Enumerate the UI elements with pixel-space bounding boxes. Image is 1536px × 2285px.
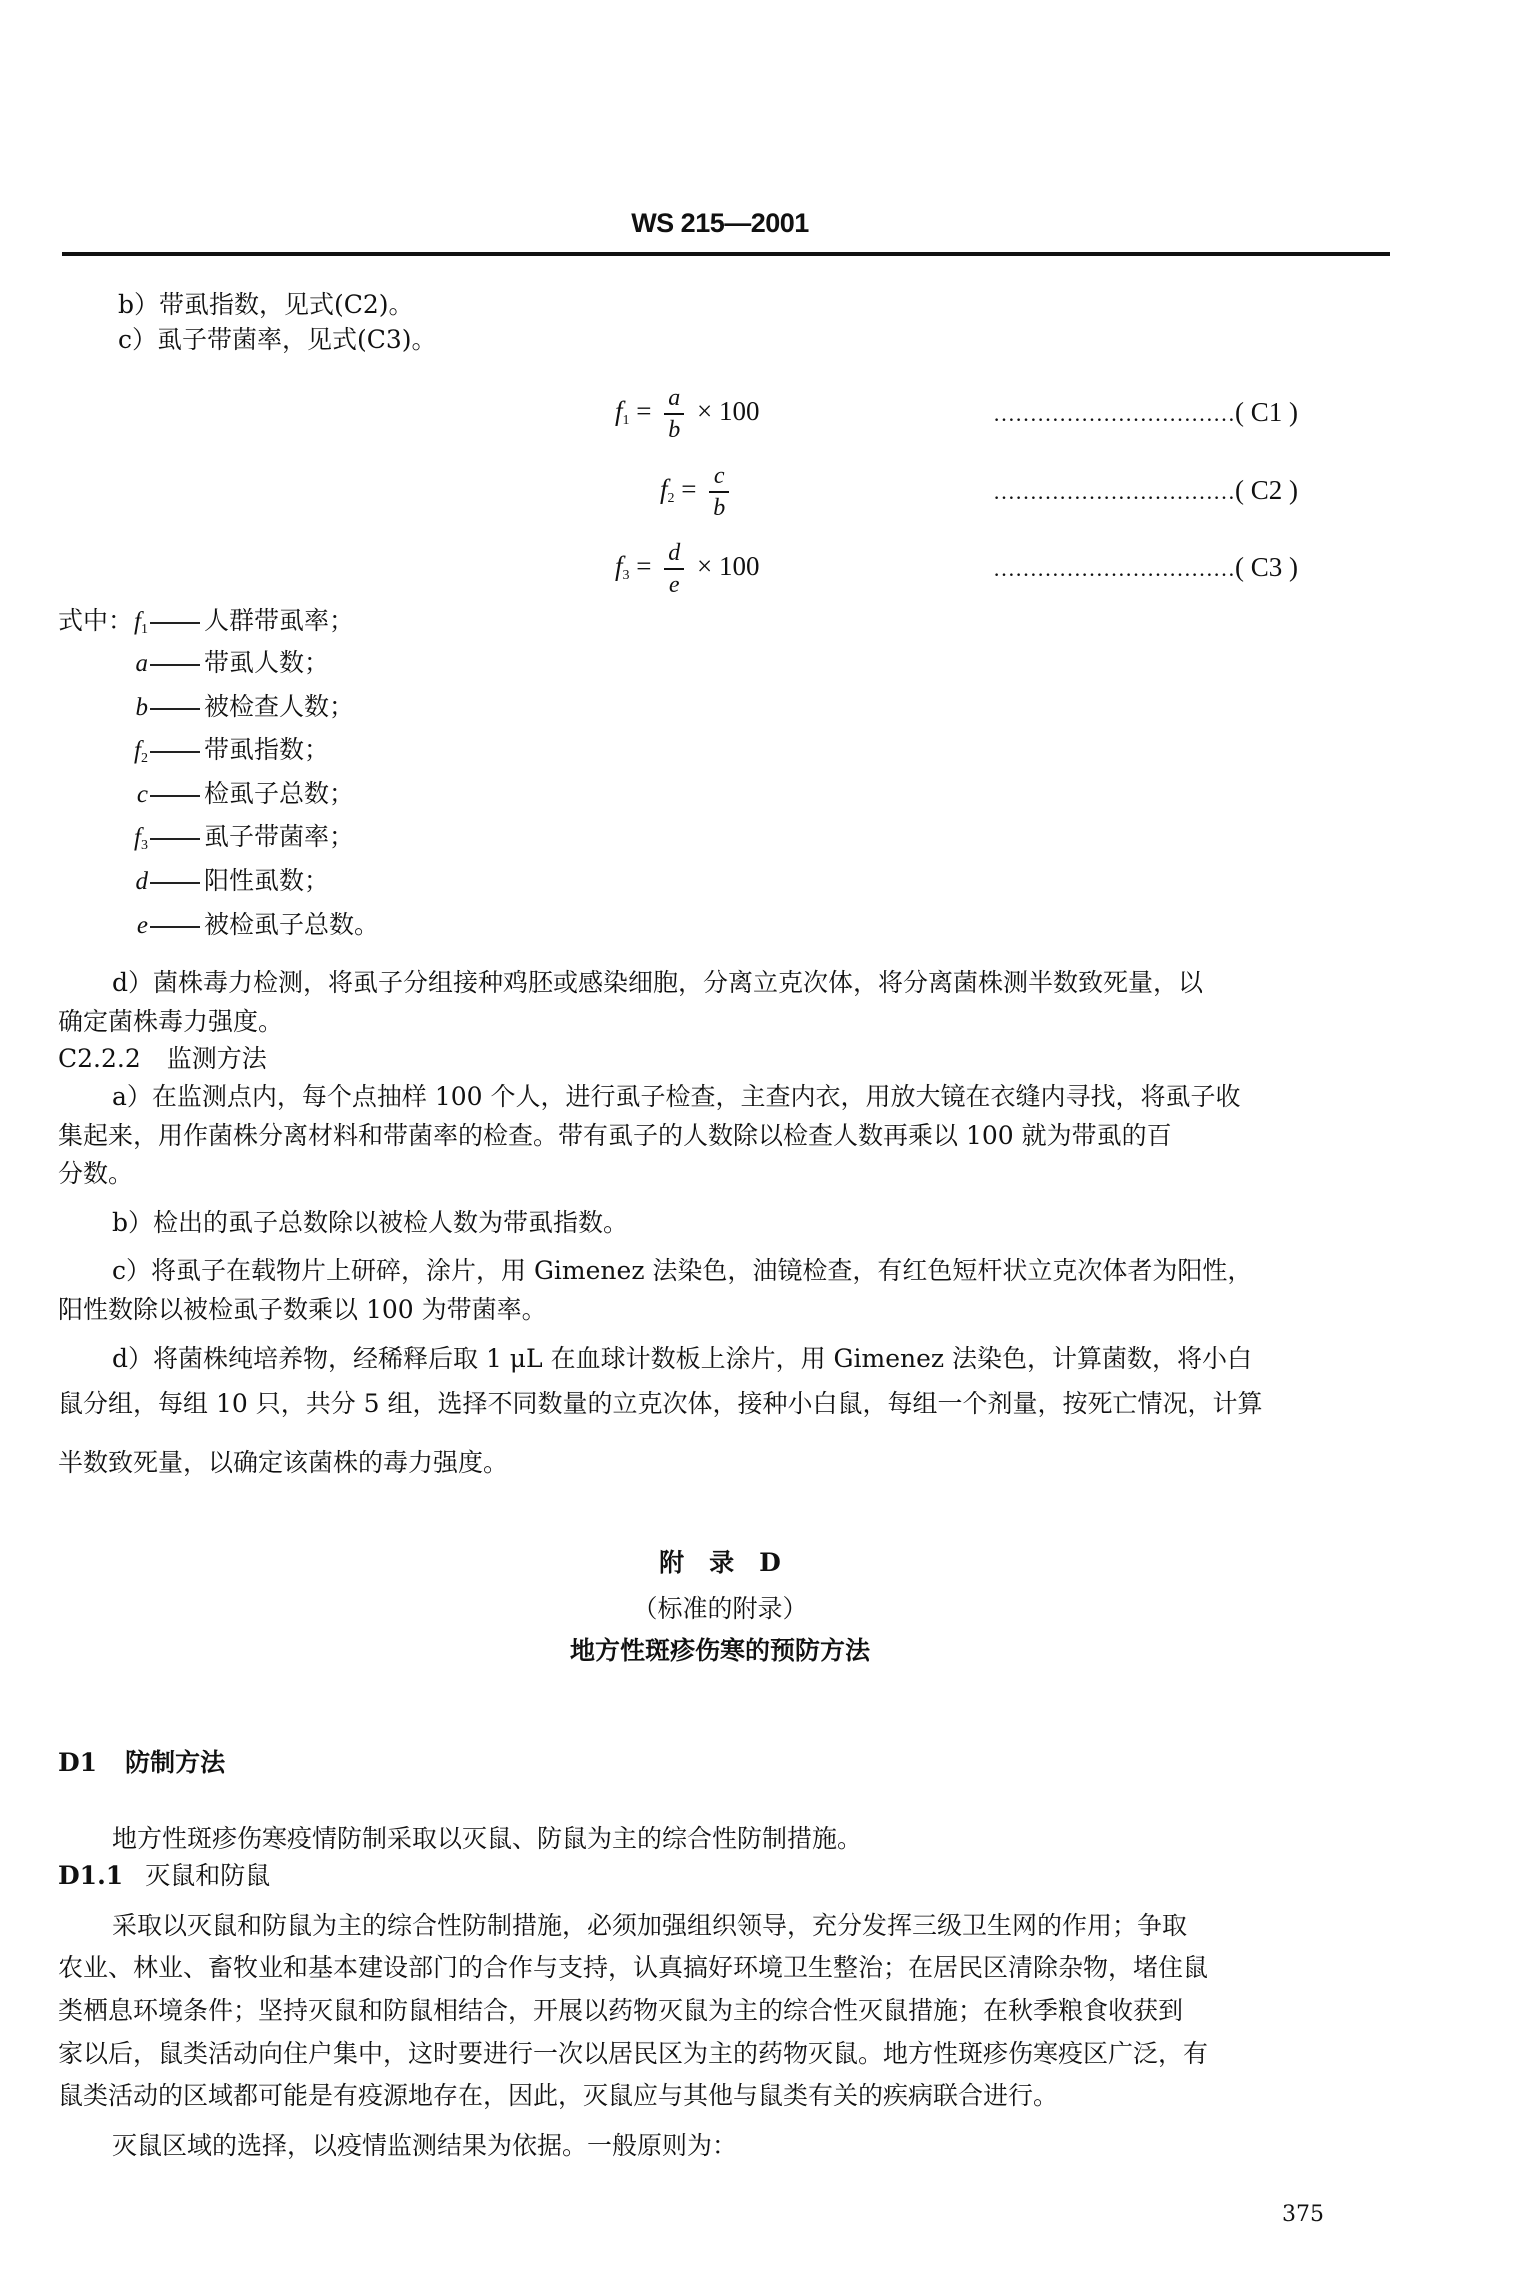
definition-d: d阳性虱数； xyxy=(78,866,329,897)
paragraph-virulence-line1: d）菌株毒力检测，将虱子分组接种鸡胚或感染细胞，分离立克次体，将分离菌株测半数致… xyxy=(112,968,1203,998)
d11-para1-line2: 农业、林业、畜牧业和基本建设部门的合作与支持，认真搞好环境卫生整治；在居民区清除… xyxy=(58,1953,1208,1983)
formula-c1-lhs-sub: 1 xyxy=(623,413,630,428)
fraction-bar xyxy=(664,568,684,570)
page-number: 375 xyxy=(1282,2200,1324,2230)
method-c-line2: 阳性数除以被检虱子数乘以 100 为带菌率。 xyxy=(58,1295,547,1325)
d11-para2: 灭鼠区域的选择，以疫情监测结果为依据。一般原则为： xyxy=(112,2131,737,2161)
em-dash xyxy=(150,708,200,710)
symbol: f xyxy=(134,737,141,764)
section-title: 灭鼠和防鼠 xyxy=(145,1861,270,1890)
numerator: a xyxy=(668,385,680,411)
leader-dots: …………………………… xyxy=(993,479,1235,504)
definition-text: 带虱人数； xyxy=(204,648,329,677)
denominator: b xyxy=(713,495,725,521)
formula-c1: f1 = a b × 100 xyxy=(615,385,759,443)
paragraph-virulence-line2: 确定菌株毒力强度。 xyxy=(58,1007,283,1037)
symbol-sub: 1 xyxy=(141,622,148,637)
fraction-bar xyxy=(664,413,684,415)
standard-code-header: WS 215—2001 xyxy=(0,208,1440,239)
leader-dots: …………………………… xyxy=(993,556,1235,581)
formula-c2-fraction: c b xyxy=(709,463,729,521)
definition-text: 被检查人数； xyxy=(204,692,354,721)
method-b-line1: b）检出的虱子总数除以被检人数为带虱指数。 xyxy=(112,1208,628,1238)
section-heading-c222: C2.2.2监测方法 xyxy=(58,1044,267,1074)
section-number: D1.1 xyxy=(58,1861,123,1890)
symbol-sub: 2 xyxy=(141,751,148,766)
leader-dots: …………………………… xyxy=(993,401,1235,426)
d11-para1-line3: 类栖息环境条件；坚持灭鼠和防鼠相结合，开展以药物灭鼠为主的综合性灭鼠措施；在秋季… xyxy=(58,1996,1183,2026)
definition-f1: f1人群带虱率； xyxy=(78,606,354,645)
formula-c2: f2 = c b xyxy=(660,463,735,521)
em-dash xyxy=(150,751,200,753)
fraction-bar xyxy=(709,491,729,493)
em-dash xyxy=(150,664,200,666)
definition-c: c检虱子总数； xyxy=(78,779,354,810)
method-a-line2: 集起来，用作菌株分离材料和带菌率的检查。带有虱子的人数除以检查人数再乘以 100… xyxy=(58,1121,1172,1151)
appendix-title: 地方性斑疹伤寒的预防方法 xyxy=(0,1636,1440,1666)
definition-text: 虱子带菌率； xyxy=(204,822,354,851)
formula-c3-fraction: d e xyxy=(664,540,684,598)
header-rule xyxy=(62,252,1390,256)
formula-c3-rhs: × 100 xyxy=(697,551,759,581)
formula-c1-fraction: a b xyxy=(664,385,684,443)
em-dash xyxy=(150,795,200,797)
formula-c1-lhs: f xyxy=(615,396,623,426)
section-d1-text: 地方性斑疹伤寒疫情防制采取以灭鼠、防鼠为主的综合性防制措施。 xyxy=(112,1824,862,1854)
em-dash xyxy=(150,622,200,624)
section-number: C2.2.2 xyxy=(58,1044,141,1073)
appendix-label: 附 录 D xyxy=(0,1548,1440,1578)
d11-para1-line1: 采取以灭鼠和防鼠为主的综合性防制措施，必须加强组织领导，充分发挥三级卫生网的作用… xyxy=(112,1911,1187,1941)
definition-text: 被检虱子总数。 xyxy=(204,910,379,939)
method-a-line3: 分数。 xyxy=(58,1159,133,1189)
symbol: e xyxy=(137,912,148,939)
d11-para1-line5: 鼠类活动的区域都可能是有疫源地存在，因此，灭鼠应与其他与鼠类有关的疾病联合进行。 xyxy=(58,2081,1058,2111)
intro-item-b: b）带虱指数，见式(C2)。 xyxy=(118,290,414,320)
em-dash xyxy=(150,838,200,840)
method-a-line1: a）在监测点内，每个点抽样 100 个人，进行虱子检查，主查内衣，用放大镜在衣缝… xyxy=(112,1082,1241,1112)
symbol: c xyxy=(137,781,148,808)
numerator: c xyxy=(714,463,725,489)
section-heading-d11: D1.1灭鼠和防鼠 xyxy=(58,1861,270,1891)
section-heading-d1: D1防制方法 xyxy=(58,1748,225,1778)
method-d-line3: 半数致死量，以确定该菌株的毒力强度。 xyxy=(58,1448,508,1478)
equation-label: ( C2 ) xyxy=(1235,475,1298,505)
em-dash xyxy=(150,882,200,884)
equation-label: ( C3 ) xyxy=(1235,552,1298,582)
em-dash xyxy=(150,926,200,928)
symbol-sub: 3 xyxy=(141,838,148,853)
definition-e: e被检虱子总数。 xyxy=(78,910,379,941)
section-title: 防制方法 xyxy=(125,1748,225,1777)
formula-c2-ref: ……………………………( C2 ) xyxy=(993,475,1298,506)
section-title: 监测方法 xyxy=(167,1044,267,1073)
formula-c1-rhs: × 100 xyxy=(697,396,759,426)
formula-c3-lhs: f xyxy=(615,551,623,581)
definition-f2: f2带虱指数； xyxy=(78,735,329,774)
definition-a: a带虱人数； xyxy=(78,648,329,679)
numerator: d xyxy=(668,540,680,566)
definition-text: 人群带虱率； xyxy=(204,606,354,635)
definition-text: 带虱指数； xyxy=(204,735,329,764)
symbol: b xyxy=(136,694,149,721)
definition-text: 阳性虱数； xyxy=(204,866,329,895)
denominator: e xyxy=(669,572,680,598)
symbol: d xyxy=(136,868,149,895)
definition-b: b被检查人数； xyxy=(78,692,354,723)
formula-c3-lhs-sub: 3 xyxy=(623,568,630,583)
formula-c3-ref: ……………………………( C3 ) xyxy=(993,552,1298,583)
equation-label: ( C1 ) xyxy=(1235,397,1298,427)
intro-item-c: c）虱子带菌率，见式(C3)。 xyxy=(118,325,437,355)
symbol: a xyxy=(136,650,149,677)
denominator: b xyxy=(668,417,680,443)
definition-text: 检虱子总数； xyxy=(204,779,354,808)
d11-para1-line4: 家以后，鼠类活动向住户集中，这时要进行一次以居民区为主的药物灭鼠。地方性斑疹伤寒… xyxy=(58,2039,1208,2069)
appendix-type: （标准的附录） xyxy=(0,1594,1440,1624)
formula-c2-lhs-sub: 2 xyxy=(668,491,675,506)
method-d-line1: d）将菌株纯培养物，经稀释后取 1 μL 在血球计数板上涂片，用 Gimenez… xyxy=(112,1344,1252,1374)
method-c-line1: c）将虱子在载物片上研碎，涂片，用 Gimenez 法染色，油镜检查，有红色短杆… xyxy=(112,1256,1252,1286)
formula-c2-lhs: f xyxy=(660,474,668,504)
symbol: f xyxy=(134,824,141,851)
method-d-line2: 鼠分组，每组 10 只，共分 5 组，选择不同数量的立克次体，接种小白鼠，每组一… xyxy=(58,1389,1263,1419)
formula-c1-ref: ……………………………( C1 ) xyxy=(993,397,1298,428)
definition-f3: f3虱子带菌率； xyxy=(78,822,354,861)
symbol: f xyxy=(134,608,141,635)
section-number: D1 xyxy=(58,1748,97,1777)
formula-c3: f3 = d e × 100 xyxy=(615,540,759,598)
